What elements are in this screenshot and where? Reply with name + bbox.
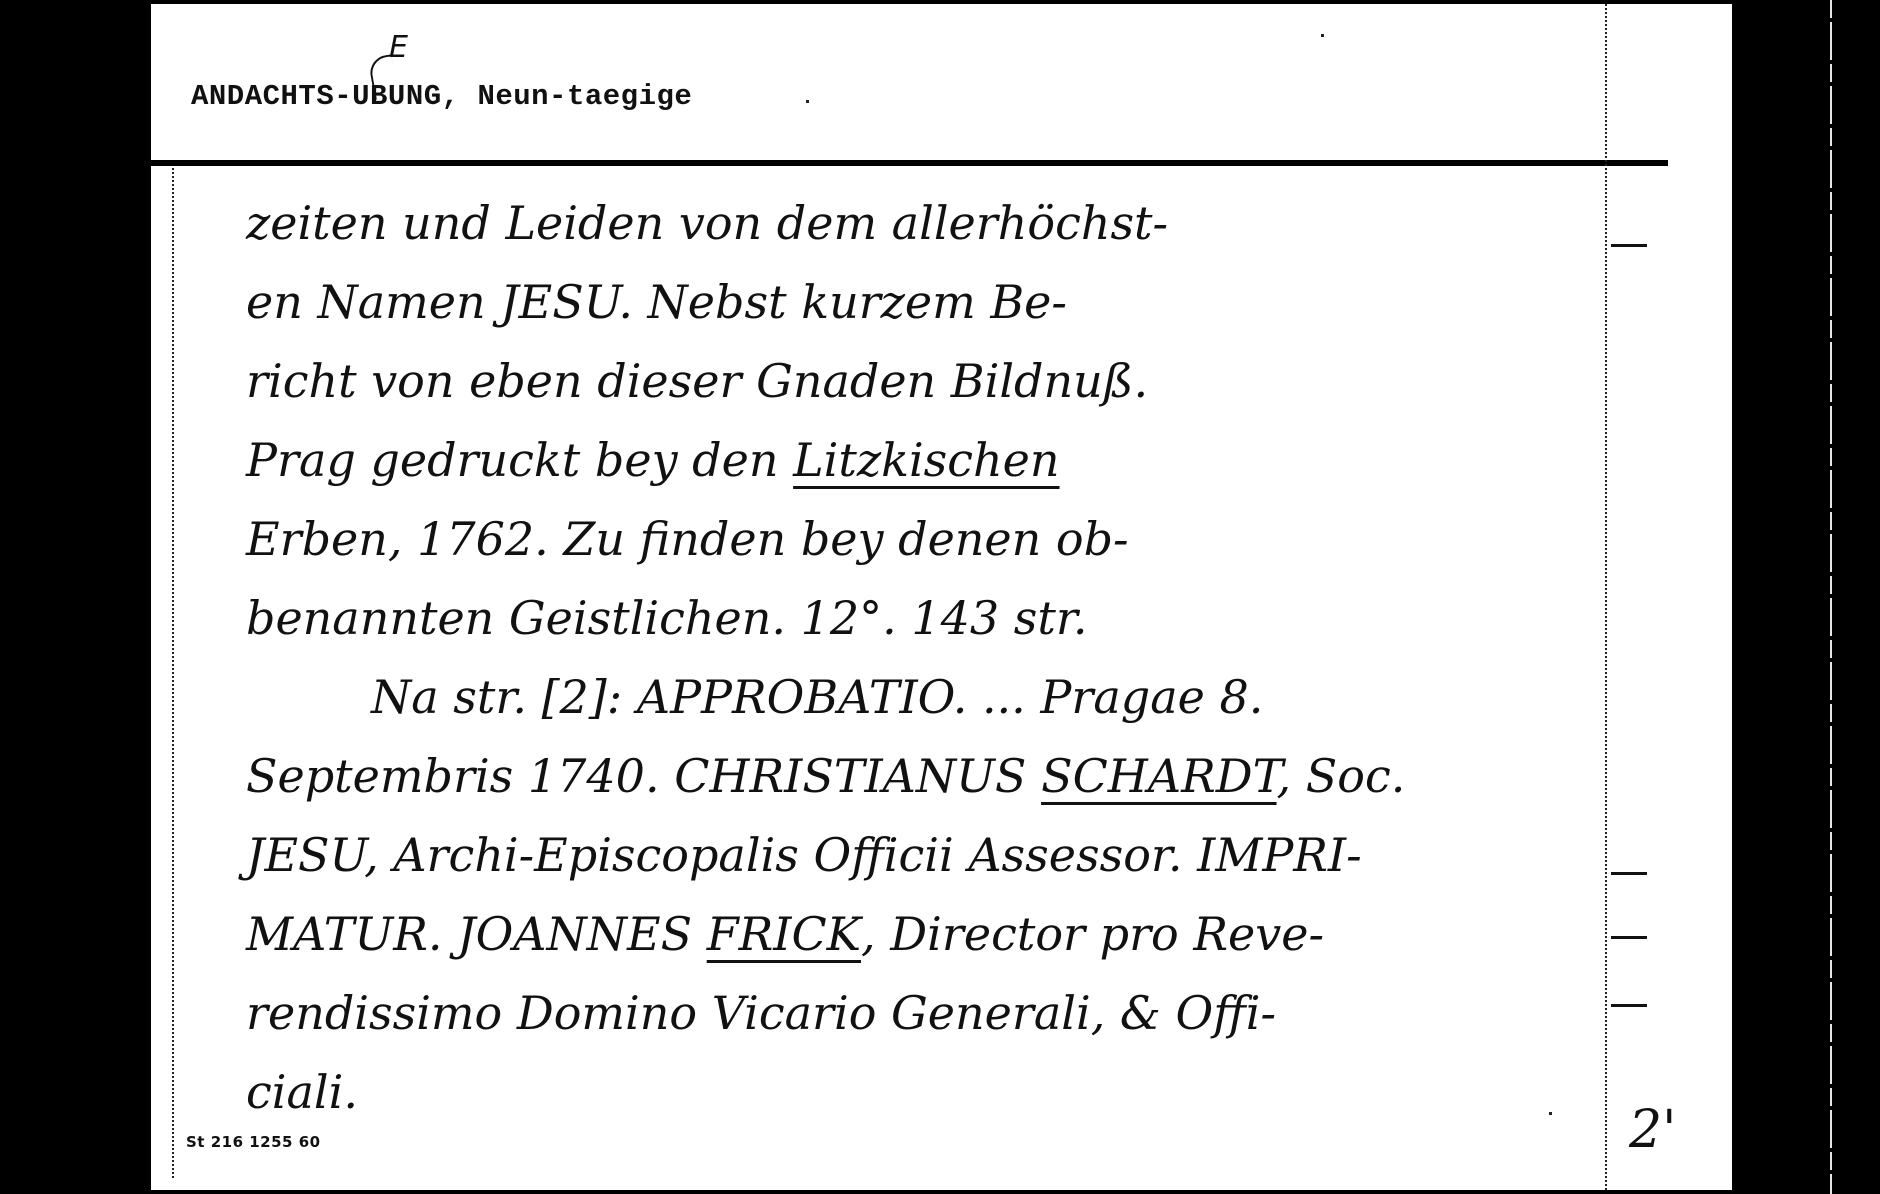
- entry-line-text: JESU, Archi-Episcopalis Officii Assessor…: [246, 828, 1362, 882]
- scan-speck: [1321, 34, 1324, 37]
- entry-line: Na str. [2]: APPROBATIO. ... Pragae 8.: [246, 658, 1626, 737]
- line-continuation-mark: [1611, 872, 1647, 875]
- line-continuation-mark: [1611, 936, 1647, 939]
- entry-line-text: benannten Geistlichen. 12°. 143 str.: [246, 591, 1087, 645]
- card-title: ANDACHTS-UBUNG, Neun-taegige: [191, 80, 692, 113]
- entry-line: zeiten und Leiden von dem allerhöchst-: [246, 184, 1626, 263]
- entry-line: rendissimo Domino Vicario Generali, & Of…: [246, 974, 1626, 1053]
- entry-line-text: , Soc.: [1277, 749, 1406, 803]
- entry-line-text: Septembris 1740. CHRISTIANUS: [246, 749, 1041, 803]
- entry-line: Prag gedruckt bey den Litzkischen: [246, 421, 1626, 500]
- entry-line-text: Prag gedruckt bey den: [246, 433, 793, 487]
- entry-line: JESU, Archi-Episcopalis Officii Assessor…: [246, 816, 1626, 895]
- scan-speck: [806, 100, 809, 103]
- scan-viewport: E ANDACHTS-UBUNG, Neun-taegige zeiten un…: [0, 0, 1880, 1194]
- line-continuation-mark: [1611, 1004, 1647, 1007]
- underlined-name: FRICK: [707, 907, 861, 961]
- entry-line: ciali.: [246, 1053, 1626, 1132]
- entry-line-text: rendissimo Domino Vicario Generali, & Of…: [246, 986, 1276, 1040]
- header-divider: [151, 160, 1668, 166]
- entry-line: MATUR. JOANNES FRICK, Director pro Reve-: [246, 895, 1626, 974]
- entry-line: benannten Geistlichen. 12°. 143 str.: [246, 579, 1626, 658]
- entry-line: en Namen JESU. Nebst kurzem Be-: [246, 263, 1626, 342]
- entry-line-text: ciali.: [246, 1065, 358, 1119]
- handwritten-entry: zeiten und Leiden von dem allerhöchst- e…: [246, 184, 1626, 1132]
- catalog-code: St 216 1255 60: [186, 1133, 321, 1151]
- entry-line-text: zeiten und Leiden von dem allerhöchst-: [246, 196, 1168, 250]
- entry-line: Erben, 1762. Zu finden bey denen ob-: [246, 500, 1626, 579]
- title-correction: E: [389, 30, 408, 65]
- scanner-artifact-line: [1830, 0, 1832, 1194]
- entry-line-text: en Namen JESU. Nebst kurzem Be-: [246, 275, 1067, 329]
- page-mark: 2': [1629, 1100, 1676, 1160]
- catalog-card: E ANDACHTS-UBUNG, Neun-taegige zeiten un…: [151, 4, 1732, 1190]
- left-margin-guide: [172, 168, 174, 1178]
- line-continuation-mark: [1611, 244, 1647, 247]
- entry-line-text: Erben, 1762. Zu finden bey denen ob-: [246, 512, 1129, 566]
- entry-line: Septembris 1740. CHRISTIANUS SCHARDT, So…: [246, 737, 1626, 816]
- underlined-name: SCHARDT: [1041, 749, 1276, 803]
- entry-line-text: richt von eben dieser Gnaden Bildnuß.: [246, 354, 1148, 408]
- underlined-name: Litzkischen: [793, 433, 1059, 487]
- entry-line: richt von eben dieser Gnaden Bildnuß.: [246, 342, 1626, 421]
- entry-line-text: MATUR. JOANNES: [246, 907, 707, 961]
- entry-line-text: , Director pro Reve-: [861, 907, 1324, 961]
- entry-line-text: Na str. [2]: APPROBATIO. ... Pragae 8.: [371, 670, 1263, 724]
- scan-speck: [1549, 1112, 1552, 1115]
